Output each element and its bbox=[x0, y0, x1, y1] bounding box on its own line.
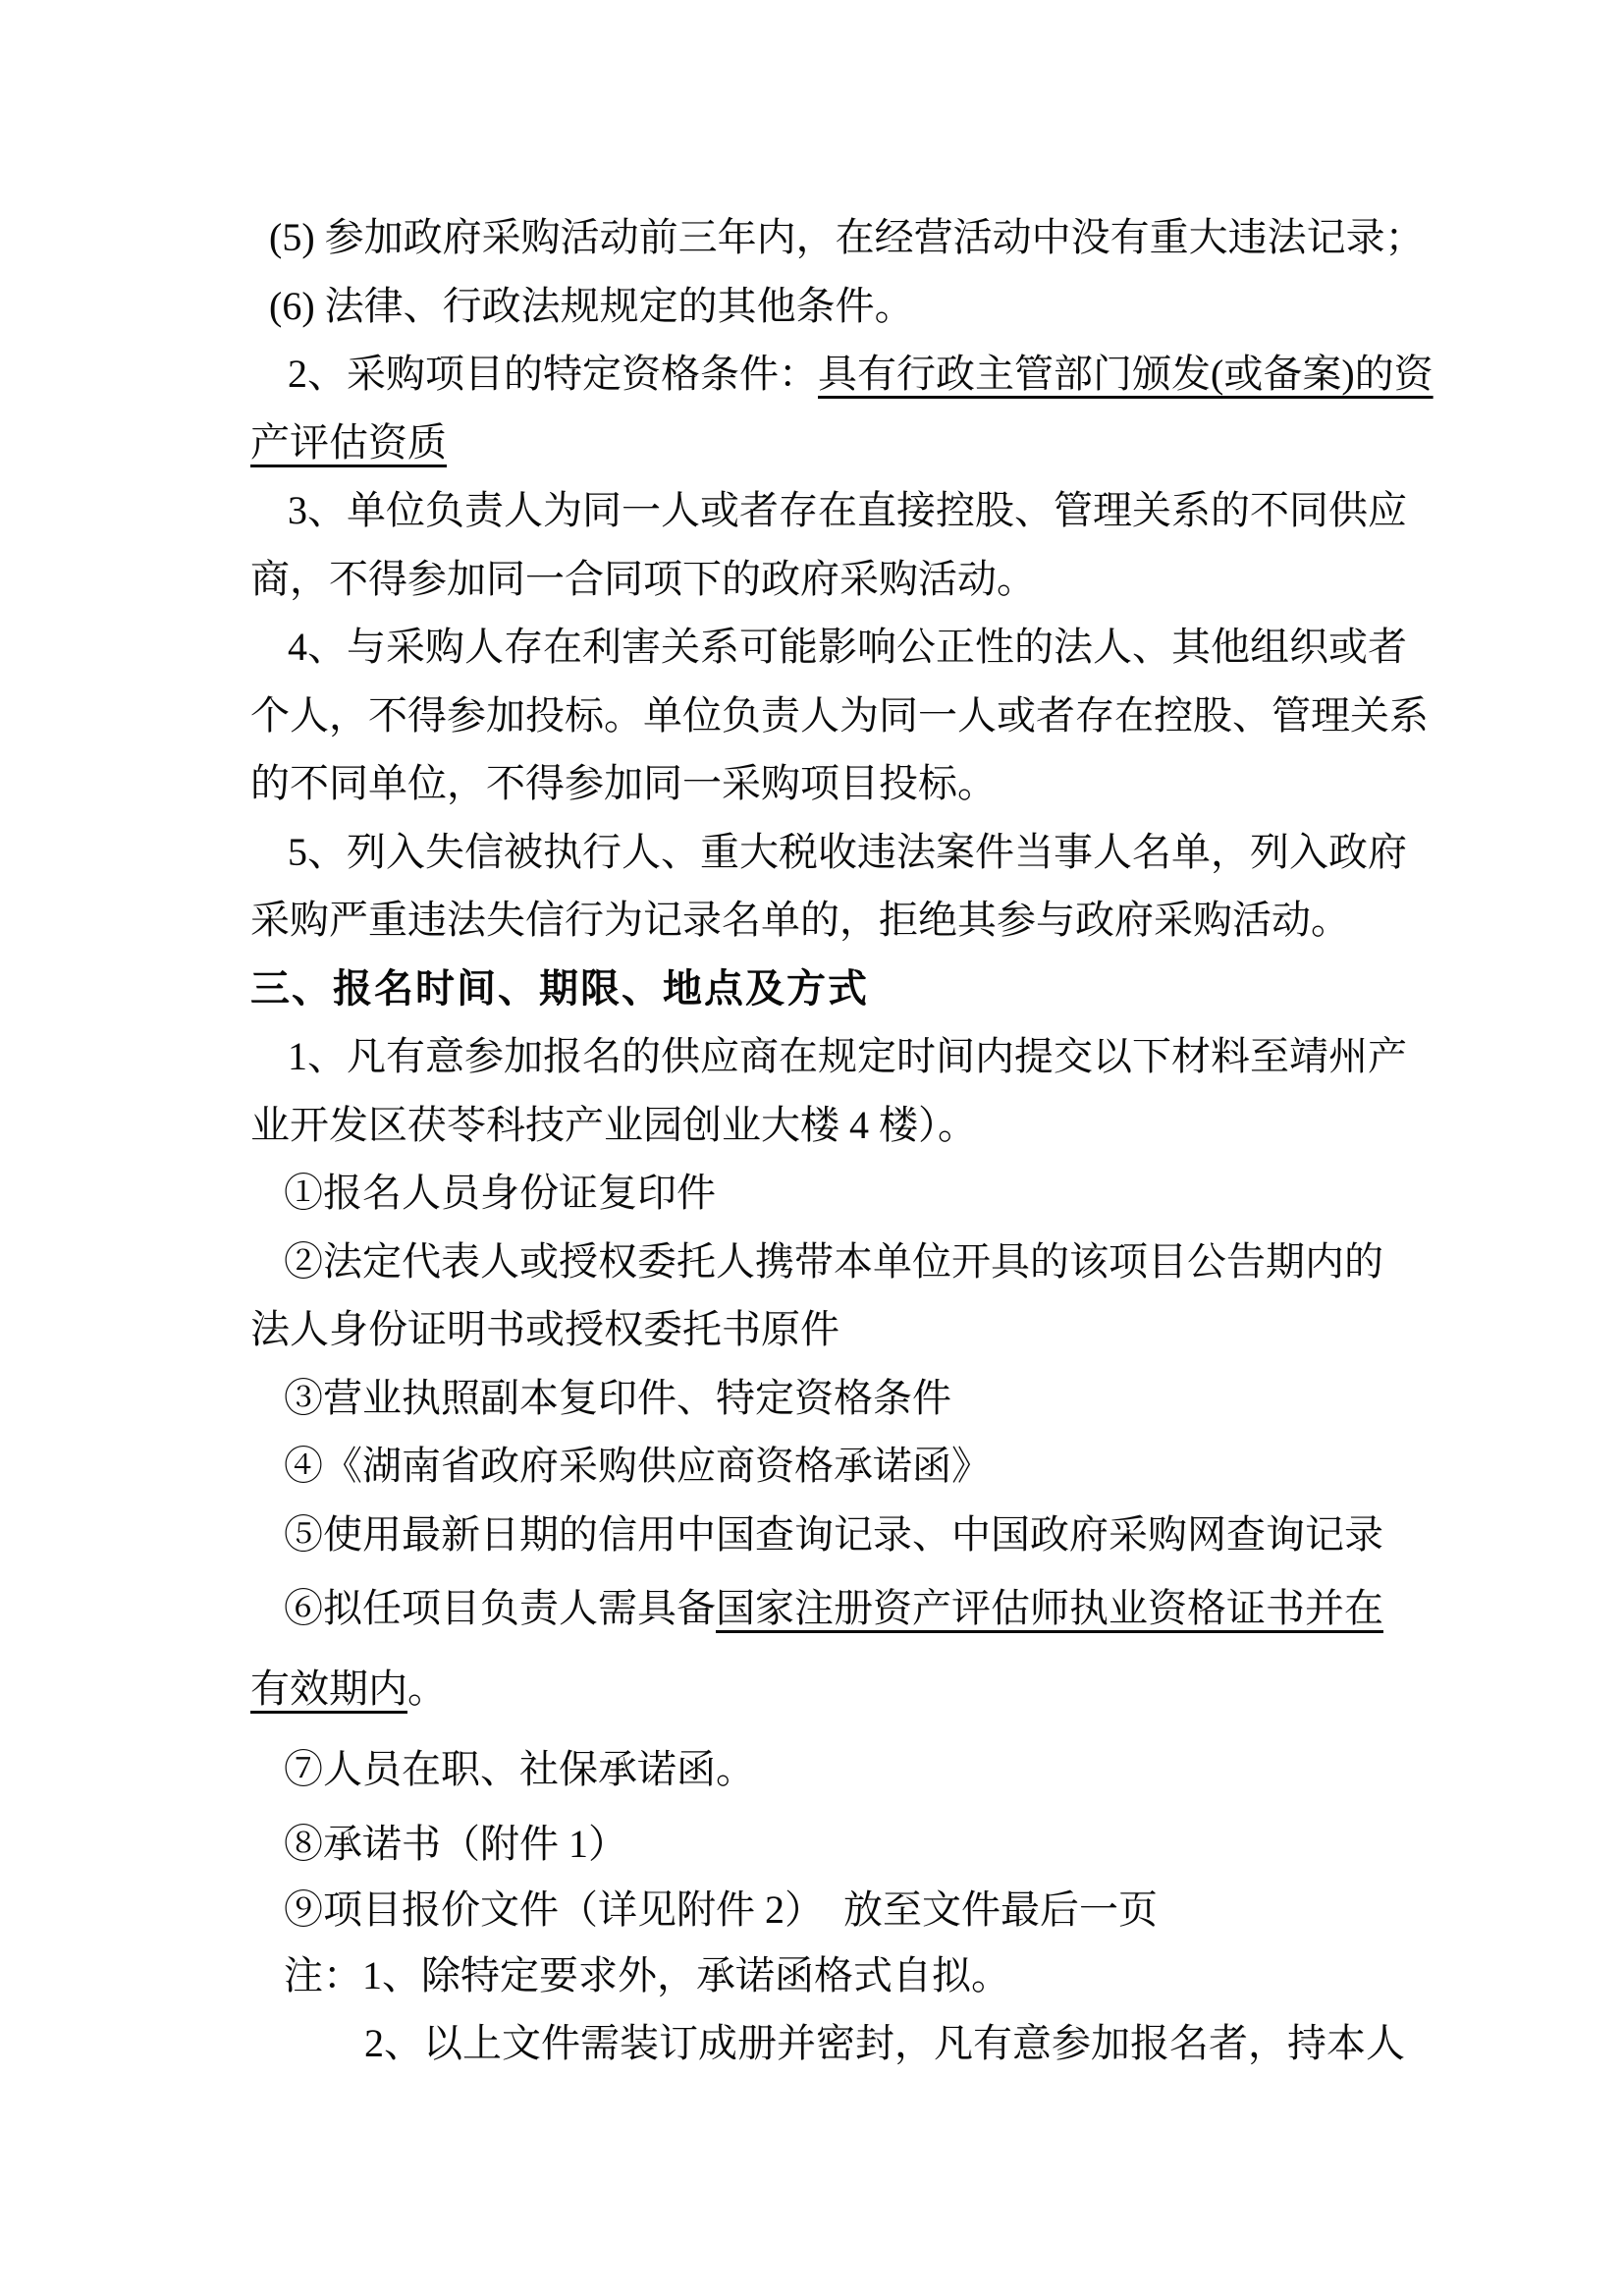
text-segment: ⑤使用最新日期的信用中国查询记录、中国政府采购网查询记录 bbox=[284, 1512, 1383, 1557]
document-page: (5) 参加政府采购活动前三年内，在经营活动中没有重大违法记录；(6) 法律、行… bbox=[0, 0, 1623, 2296]
text-line: ⑨项目报价文件（详见附件 2） 放至文件最后一页 bbox=[250, 1879, 1409, 1941]
text-segment: (6) 法律、行政法规规定的其他条件。 bbox=[269, 284, 914, 328]
text-segment: 法人身份证明书或授权委托书原件 bbox=[250, 1307, 839, 1351]
section-heading: 三、报名时间、期限、地点及方式 bbox=[250, 955, 1409, 1023]
text-line: (5) 参加政府采购活动前三年内，在经营活动中没有重大违法记录； bbox=[250, 203, 1409, 272]
text-segment: 。 bbox=[407, 1667, 447, 1711]
underlined-text: 具有行政主管部门颁发(或备案)的资 bbox=[818, 352, 1434, 396]
text-segment: ③营业执照副本复印件、特定资格条件 bbox=[284, 1376, 951, 1420]
text-segment: ②法定代表人或授权委托人携带本单位开具的该项目公告期内的 bbox=[284, 1239, 1383, 1284]
text-segment: 三、报名时间、期限、地点及方式 bbox=[250, 966, 869, 1011]
text-segment: ⑧承诺书（附件 1） bbox=[284, 1822, 627, 1866]
text-line: ③营业执照副本复印件、特定资格条件 bbox=[250, 1364, 1409, 1433]
text-line: 有效期内。 bbox=[250, 1649, 1409, 1729]
text-segment: ⑥拟任项目负责人需具备 bbox=[284, 1586, 716, 1630]
text-segment: 4、与采购人存在利害关系可能影响公正性的法人、其他组织或者 bbox=[288, 625, 1407, 669]
text-line: (6) 法律、行政法规规定的其他条件。 bbox=[250, 272, 1409, 341]
text-line: 采购严重违法失信行为记录名单的，拒绝其参与政府采购活动。 bbox=[250, 886, 1409, 955]
text-segment: ①报名人员身份证复印件 bbox=[284, 1171, 716, 1215]
text-line: ②法定代表人或授权委托人携带本单位开具的该项目公告期内的 bbox=[250, 1228, 1409, 1296]
text-line: 法人身份证明书或授权委托书原件 bbox=[250, 1295, 1409, 1364]
text-segment: 的不同单位，不得参加同一采购项目投标。 bbox=[250, 761, 997, 805]
text-line: 5、列入失信被执行人、重大税收违法案件当事人名单，列入政府 bbox=[250, 818, 1409, 887]
underlined-text: 有效期内 bbox=[250, 1667, 407, 1711]
text-line: 4、与采购人存在利害关系可能影响公正性的法人、其他组织或者 bbox=[250, 613, 1409, 682]
text-segment: 1、凡有意参加报名的供应商在规定时间内提交以下材料至靖州产 bbox=[288, 1034, 1407, 1078]
text-segment: ⑨项目报价文件（详见附件 2） 放至文件最后一页 bbox=[284, 1887, 1158, 1932]
text-line: ⑤使用最新日期的信用中国查询记录、中国政府采购网查询记录 bbox=[250, 1501, 1409, 1569]
text-line: 1、凡有意参加报名的供应商在规定时间内提交以下材料至靖州产 bbox=[250, 1022, 1409, 1091]
text-segment: 注：1、除特定要求外，承诺函格式自拟。 bbox=[284, 1953, 1010, 1997]
underlined-text: 产评估资质 bbox=[250, 420, 447, 465]
text-segment: 2、以上文件需装订成册并密封，凡有意参加报名者，持本人 bbox=[364, 2021, 1405, 2065]
text-line: ⑧承诺书（附件 1） bbox=[250, 1810, 1409, 1879]
text-line: 的不同单位，不得参加同一采购项目投标。 bbox=[250, 749, 1409, 818]
text-line: ⑦人员在职、社保承诺函。 bbox=[250, 1729, 1409, 1810]
text-line: 业开发区茯苓科技产业园创业大楼 4 楼）。 bbox=[250, 1091, 1409, 1160]
underlined-text: 国家注册资产评估师执业资格证书并在 bbox=[716, 1586, 1383, 1630]
text-line: 个人，不得参加投标。单位负责人为同一人或者存在控股、管理关系 bbox=[250, 682, 1409, 750]
text-line: 3、单位负责人为同一人或者存在直接控股、管理关系的不同供应 bbox=[250, 476, 1409, 545]
text-segment: ④《湖南省政府采购供应商资格承诺函》 bbox=[284, 1444, 991, 1488]
text-segment: 3、单位负责人为同一人或者存在直接控股、管理关系的不同供应 bbox=[288, 488, 1407, 532]
text-line: 2、采购项目的特定资格条件：具有行政主管部门颁发(或备案)的资 bbox=[250, 340, 1409, 409]
document-body: (5) 参加政府采购活动前三年内，在经营活动中没有重大违法记录；(6) 法律、行… bbox=[250, 203, 1409, 2078]
text-line: 产评估资质 bbox=[250, 409, 1409, 477]
text-segment: (5) 参加政府采购活动前三年内，在经营活动中没有重大违法记录； bbox=[269, 215, 1425, 259]
text-segment: 个人，不得参加投标。单位负责人为同一人或者存在控股、管理关系 bbox=[250, 693, 1429, 738]
text-segment: 采购严重违法失信行为记录名单的，拒绝其参与政府采购活动。 bbox=[250, 898, 1350, 942]
text-line: ⑥拟任项目负责人需具备国家注册资产评估师执业资格证书并在 bbox=[250, 1568, 1409, 1649]
text-segment: ⑦人员在职、社保承诺函。 bbox=[284, 1747, 755, 1791]
text-segment: 5、列入失信被执行人、重大税收违法案件当事人名单，列入政府 bbox=[288, 830, 1407, 874]
text-segment: 业开发区茯苓科技产业园创业大楼 4 楼）。 bbox=[250, 1103, 977, 1147]
text-line: ①报名人员身份证复印件 bbox=[250, 1159, 1409, 1228]
text-line: 注：1、除特定要求外，承诺函格式自拟。 bbox=[250, 1941, 1409, 2010]
text-line: ④《湖南省政府采购供应商资格承诺函》 bbox=[250, 1432, 1409, 1501]
text-segment: 2、采购项目的特定资格条件： bbox=[288, 352, 818, 396]
text-line: 2、以上文件需装订成册并密封，凡有意参加报名者，持本人 bbox=[250, 2009, 1409, 2078]
text-segment: 商，不得参加同一合同项下的政府采购活动。 bbox=[250, 557, 1036, 601]
text-line: 商，不得参加同一合同项下的政府采购活动。 bbox=[250, 545, 1409, 614]
